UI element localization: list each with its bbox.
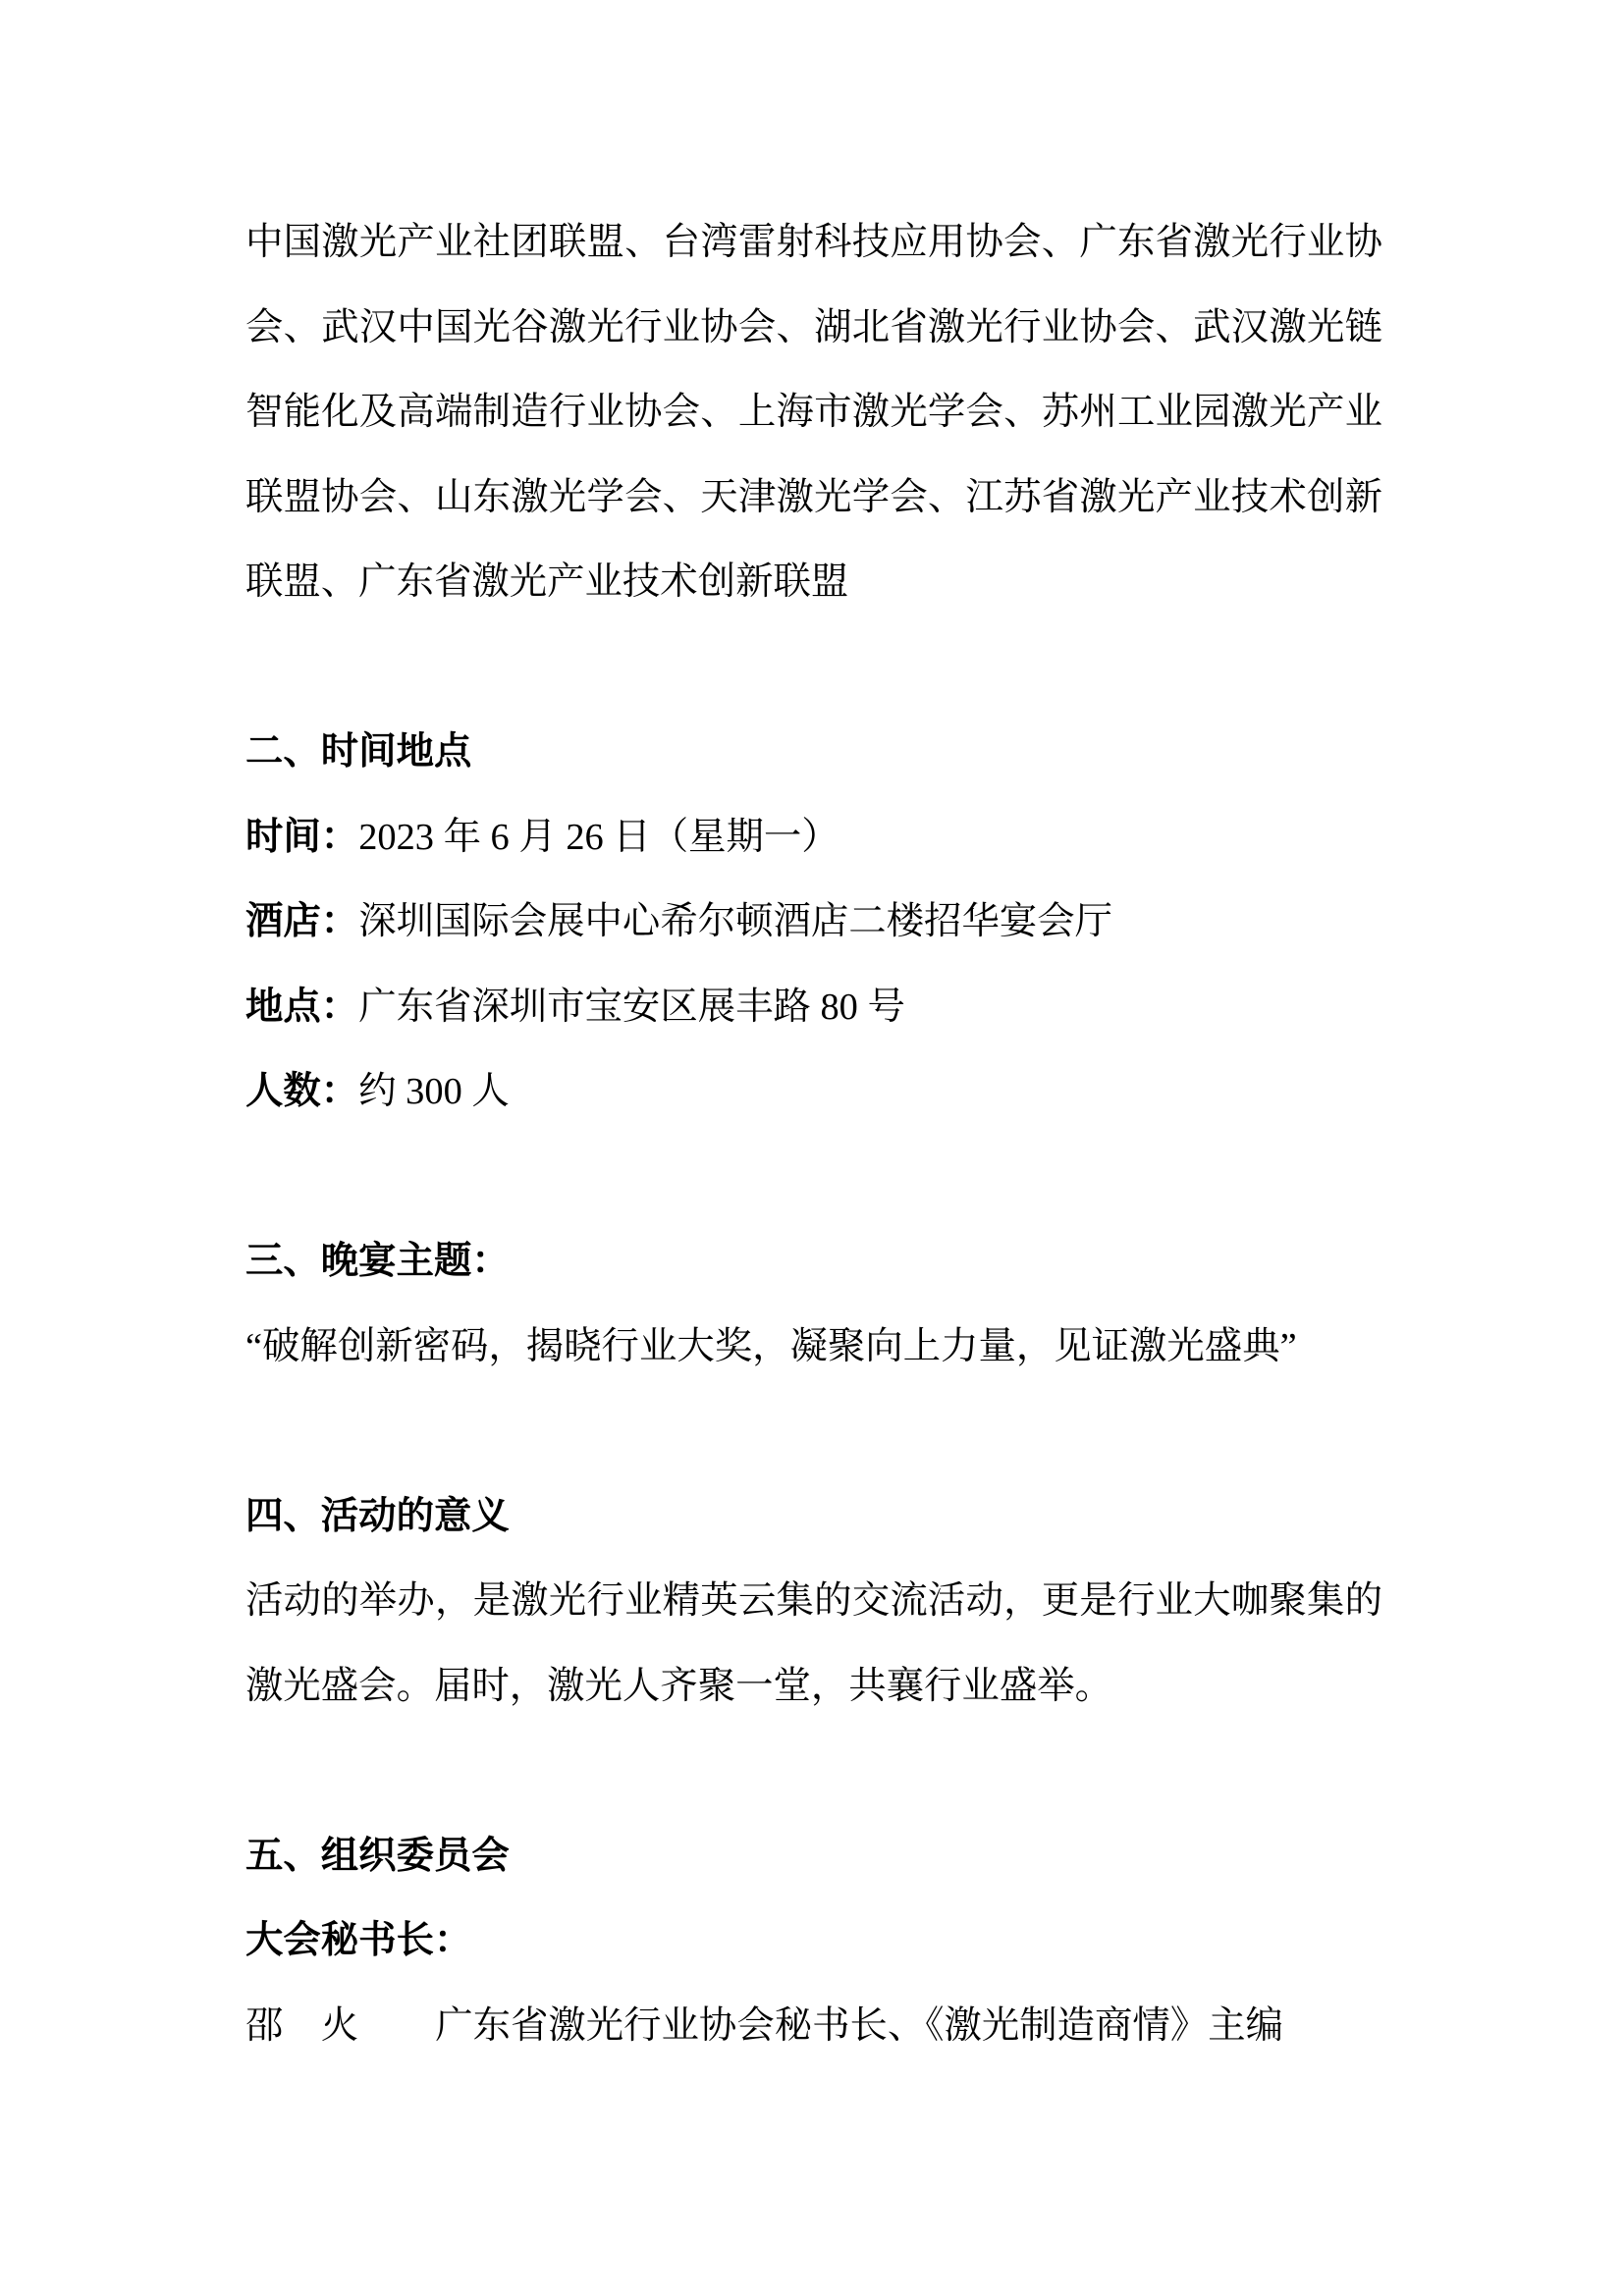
section-heading-theme: 三、晚宴主题： <box>245 1219 1382 1305</box>
member-title: 广东省激光行业协会秘书长、《激光制造商情》主编 <box>435 2005 1283 2047</box>
member-name: 邵 火 <box>245 2005 358 2047</box>
blank-line <box>245 1135 1382 1220</box>
blank-line <box>245 1729 1382 1814</box>
document-page: 中国激光产业社团联盟、台湾雷射科技应用协会、广东省激光行业协 会、武汉中国光谷激… <box>0 0 1624 2296</box>
people-count-line: 人数：约 300 人 <box>245 1049 1382 1135</box>
time-value: 2023 年 6 月 26 日（星期一） <box>358 817 839 858</box>
meaning-line-1: 活动的举办，是激光行业精英云集的交流活动，更是行业大咖聚集的 <box>245 1559 1382 1644</box>
place-line: 地点：广东省深圳市宝安区展丰路 80 号 <box>245 965 1382 1050</box>
intro-line-4: 联盟协会、山东激光学会、天津激光学会、江苏省激光产业技术创新 <box>245 455 1382 541</box>
document-body: 中国激光产业社团联盟、台湾雷射科技应用协会、广东省激光行业协 会、武汉中国光谷激… <box>245 200 1382 2068</box>
blank-line <box>245 625 1382 711</box>
place-value: 广东省深圳市宝安区展丰路 80 号 <box>358 987 905 1028</box>
intro-line-5: 联盟、广东省激光产业技术创新联盟 <box>245 540 1382 625</box>
meaning-line-2: 激光盛会。届时，激光人齐聚一堂，共襄行业盛举。 <box>245 1644 1382 1730</box>
intro-line-3: 智能化及高端制造行业协会、上海市激光学会、苏州工业园激光产业 <box>245 370 1382 455</box>
intro-line-1: 中国激光产业社团联盟、台湾雷射科技应用协会、广东省激光行业协 <box>245 200 1382 286</box>
time-line: 时间：2023 年 6 月 26 日（星期一） <box>245 795 1382 881</box>
place-label: 地点： <box>245 987 358 1028</box>
blank-line <box>245 1389 1382 1474</box>
hotel-label: 酒店： <box>245 901 358 942</box>
theme-quote-line: “破解创新密码，揭晓行业大奖，凝聚向上力量，见证激光盛典” <box>245 1305 1382 1390</box>
section-heading-meaning: 四、活动的意义 <box>245 1474 1382 1560</box>
committee-member-line: 邵 火广东省激光行业协会秘书长、《激光制造商情》主编 <box>245 1984 1382 2069</box>
section-heading-time-place: 二、时间地点 <box>245 710 1382 795</box>
intro-line-2: 会、武汉中国光谷激光行业协会、湖北省激光行业协会、武汉激光链 <box>245 286 1382 371</box>
secretary-general-subheading: 大会秘书长： <box>245 1898 1382 1984</box>
people-count-value: 约 300 人 <box>358 1071 510 1112</box>
hotel-value: 深圳国际会展中心希尔顿酒店二楼招华宴会厅 <box>358 901 1112 942</box>
section-heading-committee: 五、组织委员会 <box>245 1814 1382 1899</box>
people-count-label: 人数： <box>245 1071 358 1112</box>
time-label: 时间： <box>245 817 358 858</box>
hotel-line: 酒店：深圳国际会展中心希尔顿酒店二楼招华宴会厅 <box>245 880 1382 965</box>
